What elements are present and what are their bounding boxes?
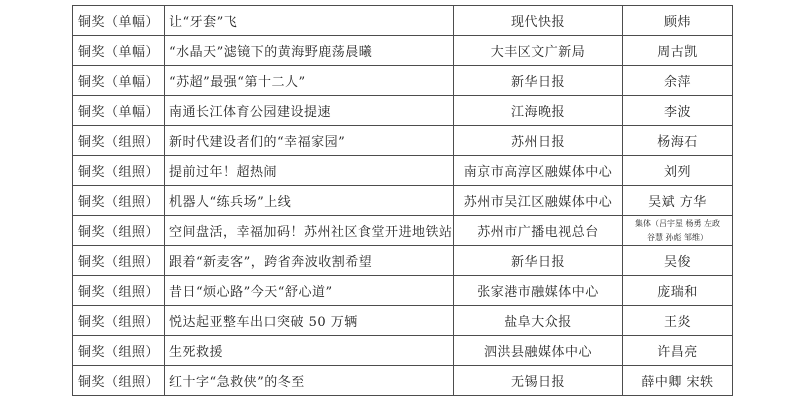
org-cell: 张家港市融媒体中心 (454, 276, 623, 306)
authors-cell: 刘列 (623, 156, 733, 186)
org-cell: 盐阜大众报 (454, 306, 623, 336)
authors-cell: 杨海石 (623, 126, 733, 156)
table-row: 铜奖（组照）红十字“急救侠”的冬至无锡日报薛中卿 宋轶 (73, 366, 733, 396)
authors-cell: 吴俊 (623, 246, 733, 276)
org-cell: 苏州市吴江区融媒体中心 (454, 186, 623, 216)
title-cell: 生死救援 (165, 336, 454, 366)
title-cell: 提前过年！超热闹 (165, 156, 454, 186)
award-cell: 铜奖（单幅） (73, 96, 165, 126)
org-cell: 新华日报 (454, 246, 623, 276)
authors-cell: 庞瑞和 (623, 276, 733, 306)
title-cell: 空间盘活，幸福加码！苏州社区食堂开进地铁站 (165, 216, 454, 246)
title-cell: 新时代建设者们的“幸福家园” (165, 126, 454, 156)
title-cell: 机器人“练兵场”上线 (165, 186, 454, 216)
award-cell: 铜奖（组照） (73, 276, 165, 306)
table-row: 铜奖（单幅）南通长江体育公园建设提速江海晚报李波 (73, 96, 733, 126)
org-cell: 无锡日报 (454, 366, 623, 396)
org-cell: 新华日报 (454, 66, 623, 96)
title-cell: 跟着“新麦客”，跨省奔波收割希望 (165, 246, 454, 276)
table-row: 铜奖（单幅）“水晶天”滤镜下的黄海野鹿荡晨曦大丰区文广新局周古凯 (73, 36, 733, 66)
org-cell: 苏州市广播电视总台 (454, 216, 623, 246)
table-row: 铜奖（组照）昔日“烦心路”今天“舒心道”张家港市融媒体中心庞瑞和 (73, 276, 733, 306)
authors-cell: 王炎 (623, 306, 733, 336)
award-cell: 铜奖（单幅） (73, 6, 165, 36)
award-cell: 铜奖（组照） (73, 366, 165, 396)
table-row: 铜奖（组照）空间盘活，幸福加码！苏州社区食堂开进地铁站苏州市广播电视总台集体（吕… (73, 216, 733, 246)
title-cell: 昔日“烦心路”今天“舒心道” (165, 276, 454, 306)
authors-cell: 周古凯 (623, 36, 733, 66)
table-row: 铜奖（组照）新时代建设者们的“幸福家园”苏州日报杨海石 (73, 126, 733, 156)
title-cell: 南通长江体育公园建设提速 (165, 96, 454, 126)
title-cell: 让“牙套”飞 (165, 6, 454, 36)
table-row: 铜奖（组照）提前过年！超热闹南京市高淳区融媒体中心刘列 (73, 156, 733, 186)
table-row: 铜奖（组照）生死救援泗洪县融媒体中心许昌亮 (73, 336, 733, 366)
table-row: 铜奖（单幅）“苏超”最强“第十二人”新华日报余萍 (73, 66, 733, 96)
award-cell: 铜奖（组照） (73, 156, 165, 186)
table-row: 铜奖（单幅）让“牙套”飞现代快报顾炜 (73, 6, 733, 36)
authors-cell: 薛中卿 宋轶 (623, 366, 733, 396)
award-cell: 铜奖（组照） (73, 336, 165, 366)
award-cell: 铜奖（组照） (73, 306, 165, 336)
title-cell: “水晶天”滤镜下的黄海野鹿荡晨曦 (165, 36, 454, 66)
title-cell: “苏超”最强“第十二人” (165, 66, 454, 96)
award-cell: 铜奖（单幅） (73, 36, 165, 66)
org-cell: 江海晚报 (454, 96, 623, 126)
org-cell: 大丰区文广新局 (454, 36, 623, 66)
award-cell: 铜奖（组照） (73, 246, 165, 276)
authors-cell: 李波 (623, 96, 733, 126)
award-cell: 铜奖（组照） (73, 186, 165, 216)
award-cell: 铜奖（组照） (73, 126, 165, 156)
award-table-body: 铜奖（单幅）让“牙套”飞现代快报顾炜铜奖（单幅）“水晶天”滤镜下的黄海野鹿荡晨曦… (73, 6, 733, 396)
title-cell: 红十字“急救侠”的冬至 (165, 366, 454, 396)
org-cell: 苏州日报 (454, 126, 623, 156)
authors-cell: 顾炜 (623, 6, 733, 36)
table-row: 铜奖（组照）跟着“新麦客”，跨省奔波收割希望新华日报吴俊 (73, 246, 733, 276)
authors-cell: 集体（吕宇星 杨勇 左政 谷慧 孙彪 邹维） (623, 216, 733, 246)
table-row: 铜奖（组照）机器人“练兵场”上线苏州市吴江区融媒体中心吴斌 方华 (73, 186, 733, 216)
authors-cell: 吴斌 方华 (623, 186, 733, 216)
title-cell: 悦达起亚整车出口突破 50 万辆 (165, 306, 454, 336)
table-row: 铜奖（组照）悦达起亚整车出口突破 50 万辆盐阜大众报王炎 (73, 306, 733, 336)
award-cell: 铜奖（单幅） (73, 66, 165, 96)
award-table: 铜奖（单幅）让“牙套”飞现代快报顾炜铜奖（单幅）“水晶天”滤镜下的黄海野鹿荡晨曦… (72, 5, 733, 396)
org-cell: 泗洪县融媒体中心 (454, 336, 623, 366)
org-cell: 南京市高淳区融媒体中心 (454, 156, 623, 186)
authors-cell: 许昌亮 (623, 336, 733, 366)
document-page: 铜奖（单幅）让“牙套”飞现代快报顾炜铜奖（单幅）“水晶天”滤镜下的黄海野鹿荡晨曦… (0, 0, 800, 401)
authors-cell: 余萍 (623, 66, 733, 96)
org-cell: 现代快报 (454, 6, 623, 36)
award-cell: 铜奖（组照） (73, 216, 165, 246)
